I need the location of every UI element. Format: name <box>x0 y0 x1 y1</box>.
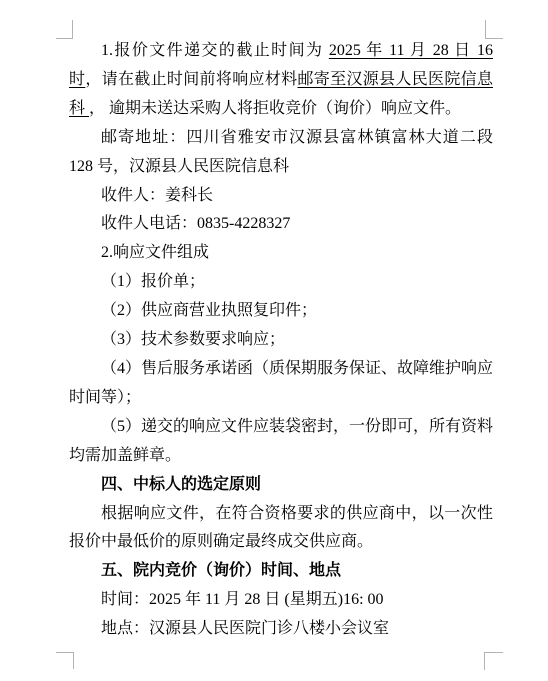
document-content: 1.报价文件递交的截止时间为 2025 年 11 月 28 日 16 时，请在截… <box>69 37 493 644</box>
paragraph-recipient-phone: 收件人电话：0835-4228327 <box>69 210 493 239</box>
paragraph-mail-address: 邮寄地址：四川省雅安市汉源县富林镇富林大道二段 128 号，汉源县人民医院信息科 <box>69 124 493 182</box>
section5-time: 时间：2025 年 11 月 28 日 (星期五)16: 00 <box>69 586 493 615</box>
list-item-quotation: （1）报价单； <box>69 268 493 297</box>
page-corner-mark-bottom-right <box>484 652 503 670</box>
document-page: 1.报价文件递交的截止时间为 2025 年 11 月 28 日 16 时，请在截… <box>0 0 548 681</box>
page-corner-mark-bottom-left <box>56 652 74 669</box>
section5-place: 地点：汉源县人民医院门诊八楼小会议室 <box>69 615 493 644</box>
deadline-prefix-text: 1.报价文件递交的截止时间为 <box>101 42 329 59</box>
list-item-technical-parameters: （3）技术参数要求响应； <box>69 326 493 355</box>
list-item-sealed-envelope: （5）递交的响应文件应装袋密封，一份即可，所有资料均需加盖鲜章。 <box>69 413 493 471</box>
paragraph-submission-deadline: 1.报价文件递交的截止时间为 2025 年 11 月 28 日 16 时，请在截… <box>69 37 493 124</box>
list-item-after-sales-letter: （4）售后服务承诺函（质保期服务保证、故障维护响应时间等）； <box>69 355 493 413</box>
list-item-business-license: （2）供应商营业执照复印件； <box>69 297 493 326</box>
section5-heading: 五、院内竞价（询价）时间、地点 <box>69 557 493 586</box>
deadline-mid-text: ，请在截止时间前将响应材料 <box>85 71 297 88</box>
paragraph-recipient: 收件人：姜科长 <box>69 182 493 211</box>
section4-heading: 四、中标人的选定原则 <box>69 471 493 500</box>
section4-body: 根据响应文件，在符合资格要求的供应商中，以一次性报价中最低价的原则确定最终成交供… <box>69 500 493 558</box>
deadline-suffix-text: ， 逾期未送达采购人将拒收竞价（询价）响应文件。 <box>89 100 461 117</box>
paragraph-response-doc-heading: 2.响应文件组成 <box>69 239 493 268</box>
